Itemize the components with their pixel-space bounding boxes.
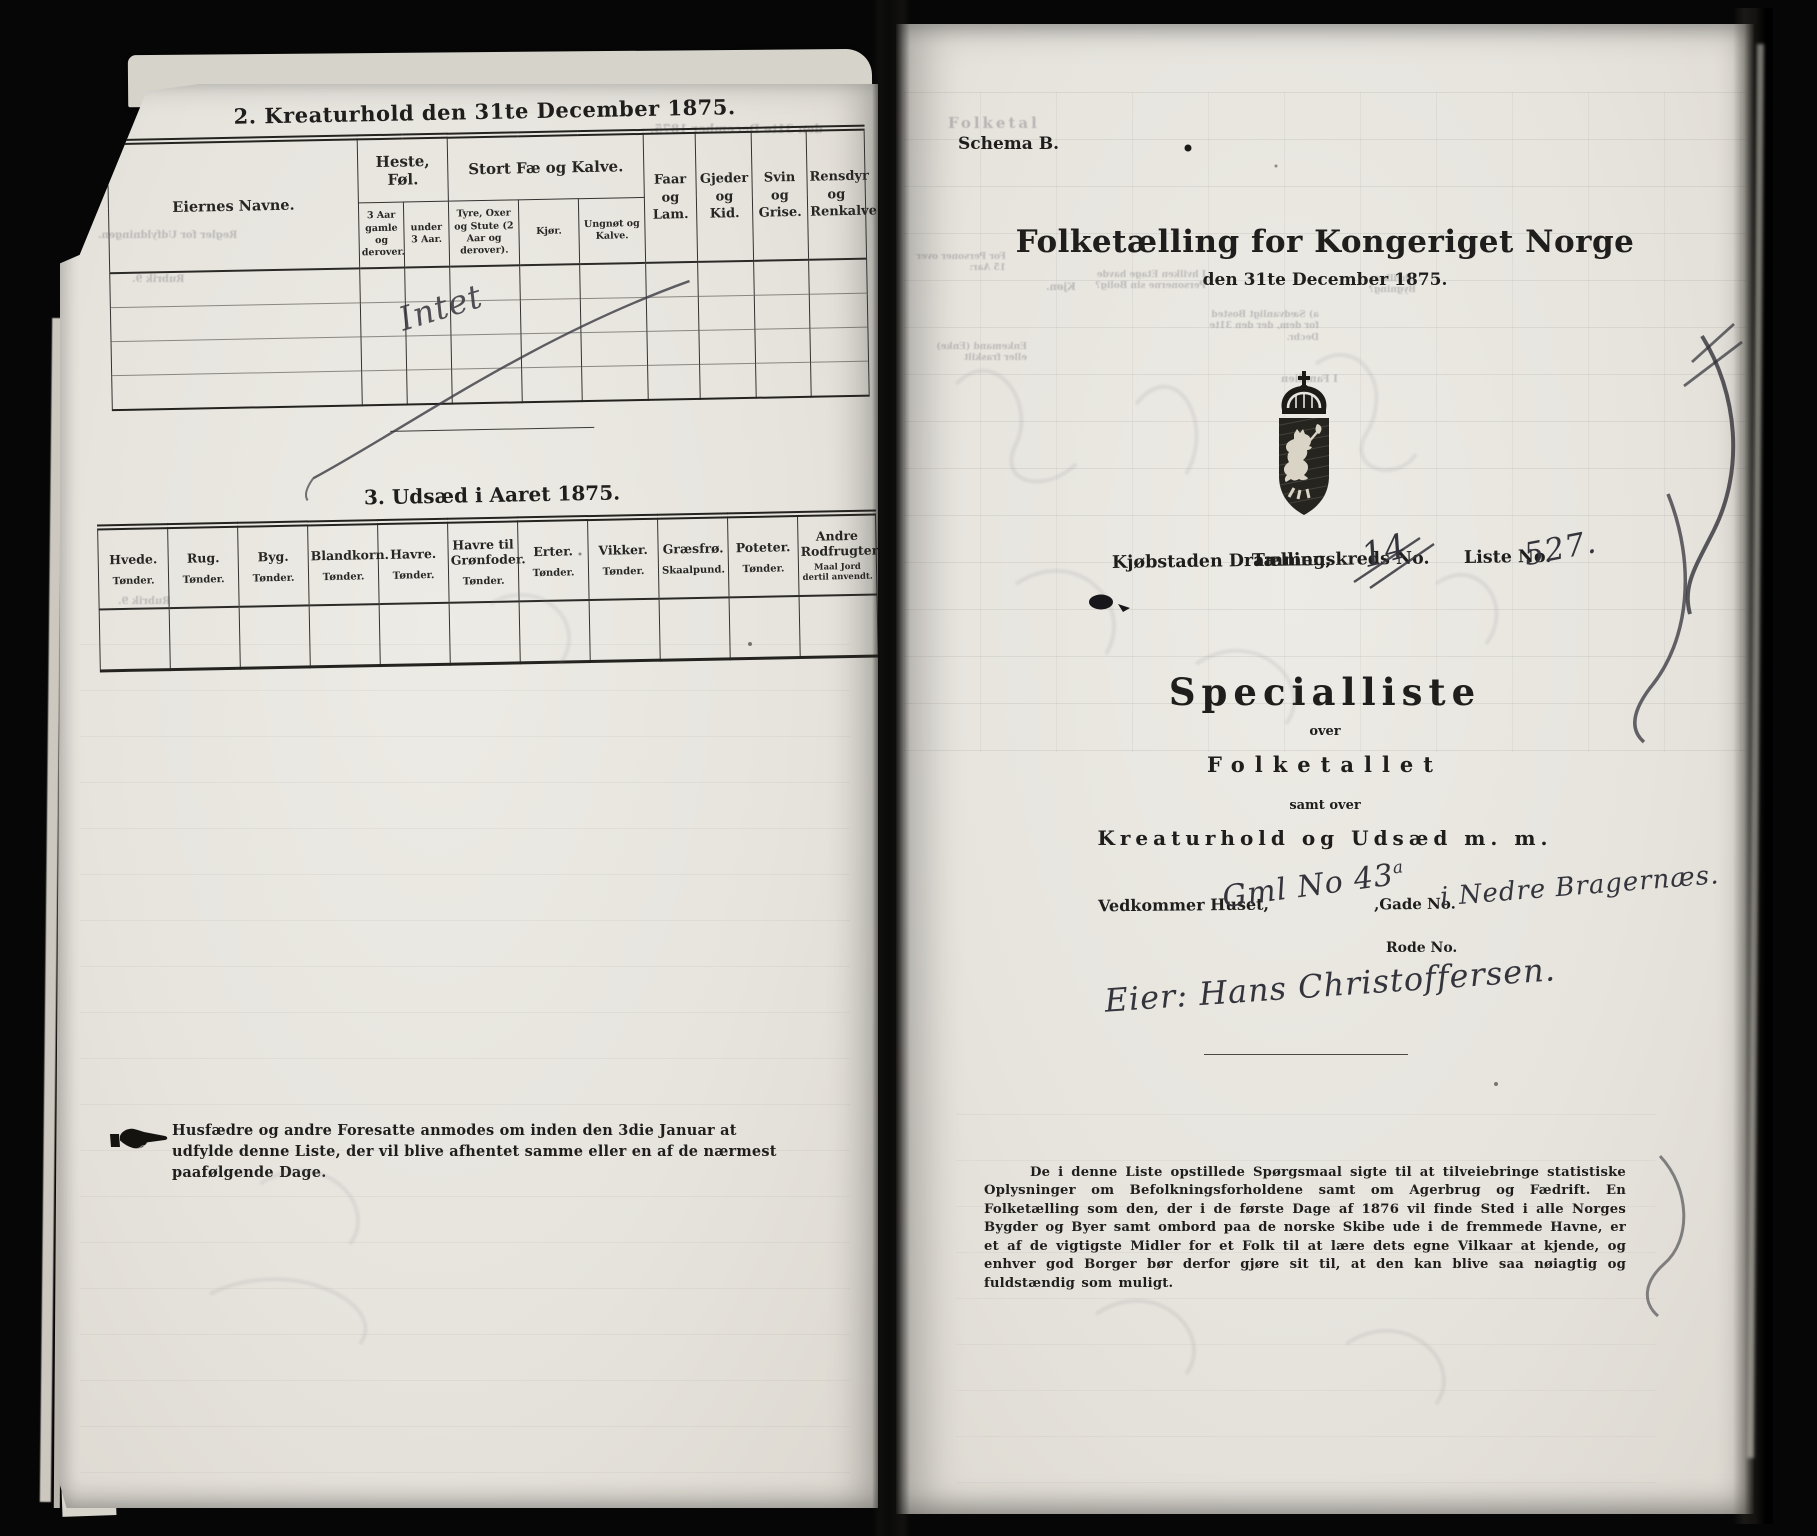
handwritten-list-number: 527.	[1521, 524, 1599, 573]
entry-cell	[169, 607, 240, 670]
entry-cell	[360, 268, 406, 303]
col-header-reindeer: Rensdyr og Renkalve.	[806, 128, 867, 260]
col-header-wheat: Hvede. Tønder.	[98, 526, 170, 609]
coat-of-arms-icon	[1267, 370, 1341, 524]
entry-cell	[648, 364, 701, 399]
entry-cell	[754, 294, 810, 329]
col-subheader-horses-young: under 3 Aar.	[403, 201, 449, 267]
bleedthrough-text: a) Sædvanligt Bosted for dem, der den 31…	[1201, 310, 1319, 344]
heading-subject1: Folketallet	[896, 752, 1754, 777]
heading-subject2: Kreaturhold og Udsæd m. m.	[896, 826, 1754, 850]
entry-cell	[361, 336, 407, 371]
entry-cell	[449, 601, 520, 664]
handwritten-owner-line: Eier: Hans Christoffersen.	[1103, 950, 1557, 1019]
book-gutter	[872, 0, 910, 1536]
entry-cell	[810, 327, 869, 362]
col-header-oats: Havre. Tønder.	[378, 521, 450, 604]
entry-cell	[580, 263, 647, 299]
info-paragraph: De i denne Liste opstillede Spørgsmaal s…	[984, 1164, 1626, 1293]
entry-cell	[582, 365, 649, 401]
heading-over: over	[896, 724, 1754, 739]
schema-label: Schema B.	[958, 134, 1059, 154]
entry-cell	[309, 604, 380, 667]
entry-cell	[520, 264, 581, 300]
entry-cell	[522, 367, 583, 403]
col-header-goats: Gjeder og Kid.	[695, 130, 754, 262]
col-subheader-cows: Kjør.	[518, 199, 579, 266]
left-page-printed-block: 2. Kreaturhold den 31te December 1875. E…	[56, 69, 901, 1508]
manicule-icon	[108, 1126, 168, 1154]
entry-cell	[700, 363, 757, 399]
livestock-table: Eiernes Navne. Heste, Føl. Stort Fæ og K…	[107, 125, 870, 412]
entry-cell	[589, 599, 660, 662]
entry-cell	[580, 297, 647, 332]
entry-cell	[809, 259, 868, 295]
entry-cell	[239, 605, 310, 668]
entry-cell	[362, 370, 408, 405]
entry-cell	[110, 268, 361, 307]
right-page: Folketal For Personer over 15 Aar: Kjøn.…	[896, 24, 1754, 1514]
entry-cell	[451, 334, 522, 369]
col-group-cattle: Stort Fæ og Kalve.	[447, 132, 644, 201]
house-line: Vedkommer Huset, Gml No 43a ,Gade No. i …	[896, 860, 1755, 939]
heading-samt-over: samt over	[896, 798, 1754, 813]
entry-cell	[110, 303, 361, 342]
entry-cell	[406, 335, 452, 370]
col-header-oats-fodder: Havre til Grønfoder. Tønder.	[448, 519, 520, 602]
col-header-root-crops: Andre Rodfrugter. Maal Jord dertil anven…	[797, 513, 877, 596]
col-header-barley: Byg. Tønder.	[238, 523, 310, 606]
col-header-mixed-grain: Blandkorn. Tønder.	[308, 522, 380, 605]
left-page: den 31te December 1875. Regler for Udfyl…	[60, 84, 878, 1508]
entry-cell	[809, 293, 868, 328]
col-header-grass-seed: Græsfrø. Skaalpund.	[657, 515, 729, 598]
entry-cell	[698, 261, 755, 297]
entry-cell	[111, 337, 362, 376]
entry-cell	[754, 260, 810, 296]
rode-label: Rode No.	[1386, 940, 1457, 956]
entry-cell	[647, 330, 700, 365]
entry-cell	[799, 595, 878, 658]
col-subheader-calves: Ungnøt og Kalve.	[578, 197, 645, 264]
bleedthrough-text: Enkemand (Enke) eller fraskilt	[932, 342, 1027, 365]
col-header-potatoes: Poteter. Tønder.	[727, 514, 799, 597]
divider-rule	[390, 427, 594, 432]
entry-cell	[99, 608, 170, 671]
entry-cell	[646, 296, 699, 331]
footnote-text: Husfædre og andre Foresatte anmodes om i…	[172, 1120, 796, 1183]
owner-underline	[1204, 1054, 1408, 1055]
entry-cell	[729, 596, 800, 659]
date-line: den 31te December 1875.	[896, 270, 1754, 290]
entry-cell	[699, 329, 756, 364]
col-header-sheep: Faar og Lam.	[643, 131, 698, 263]
entry-cell	[756, 362, 812, 398]
census-document-scan: den 31te December 1875. Regler for Udfyl…	[0, 0, 1817, 1536]
handwritten-street-name: i Nedre Bragernæs.	[1439, 860, 1720, 912]
livestock-table-title: 2. Kreaturhold den 31te December 1875.	[106, 92, 863, 132]
col-header-vetches: Vikker. Tønder.	[588, 517, 660, 600]
col-header-rye: Rug. Tønder.	[168, 525, 240, 608]
col-header-pigs: Svin og Grise.	[751, 129, 809, 261]
location-line: Kjøbstaden Drammen, Tællingskreds No. 14…	[896, 532, 1755, 604]
entry-cell	[520, 299, 581, 334]
entry-cell	[519, 600, 590, 663]
page-title: Folketælling for Kongeriget Norge	[896, 224, 1754, 260]
entry-cell	[112, 371, 363, 410]
entry-cell	[379, 603, 450, 666]
col-subheader-horses-old: 3 Aar gamle og derover.	[358, 202, 404, 268]
col-header-peas: Erter. Tønder.	[518, 518, 590, 601]
entry-cell	[407, 369, 453, 404]
entry-cell	[646, 262, 699, 297]
seed-table-title: 3. Udsæd i Aaret 1875.	[113, 476, 870, 515]
col-group-horses: Heste, Føl.	[357, 136, 448, 203]
entry-cell	[659, 597, 730, 660]
entry-cell	[521, 333, 582, 368]
entry-cell	[698, 295, 755, 330]
entry-cell	[755, 328, 811, 363]
bleedthrough-text: Folketal	[948, 114, 1040, 133]
entry-cell	[811, 361, 870, 397]
col-header-owners: Eiernes Navne.	[107, 137, 359, 273]
col-subheader-bulls-oxen: Tyre, Oxer og Stute (2 Aar og derover).	[448, 200, 519, 267]
seed-table: Hvede. Tønder. Rug. Tønder. Byg. Tønder.…	[97, 510, 879, 673]
entry-cell	[581, 331, 648, 366]
heading-main: Specialliste	[896, 670, 1754, 714]
entry-cell	[452, 368, 523, 404]
